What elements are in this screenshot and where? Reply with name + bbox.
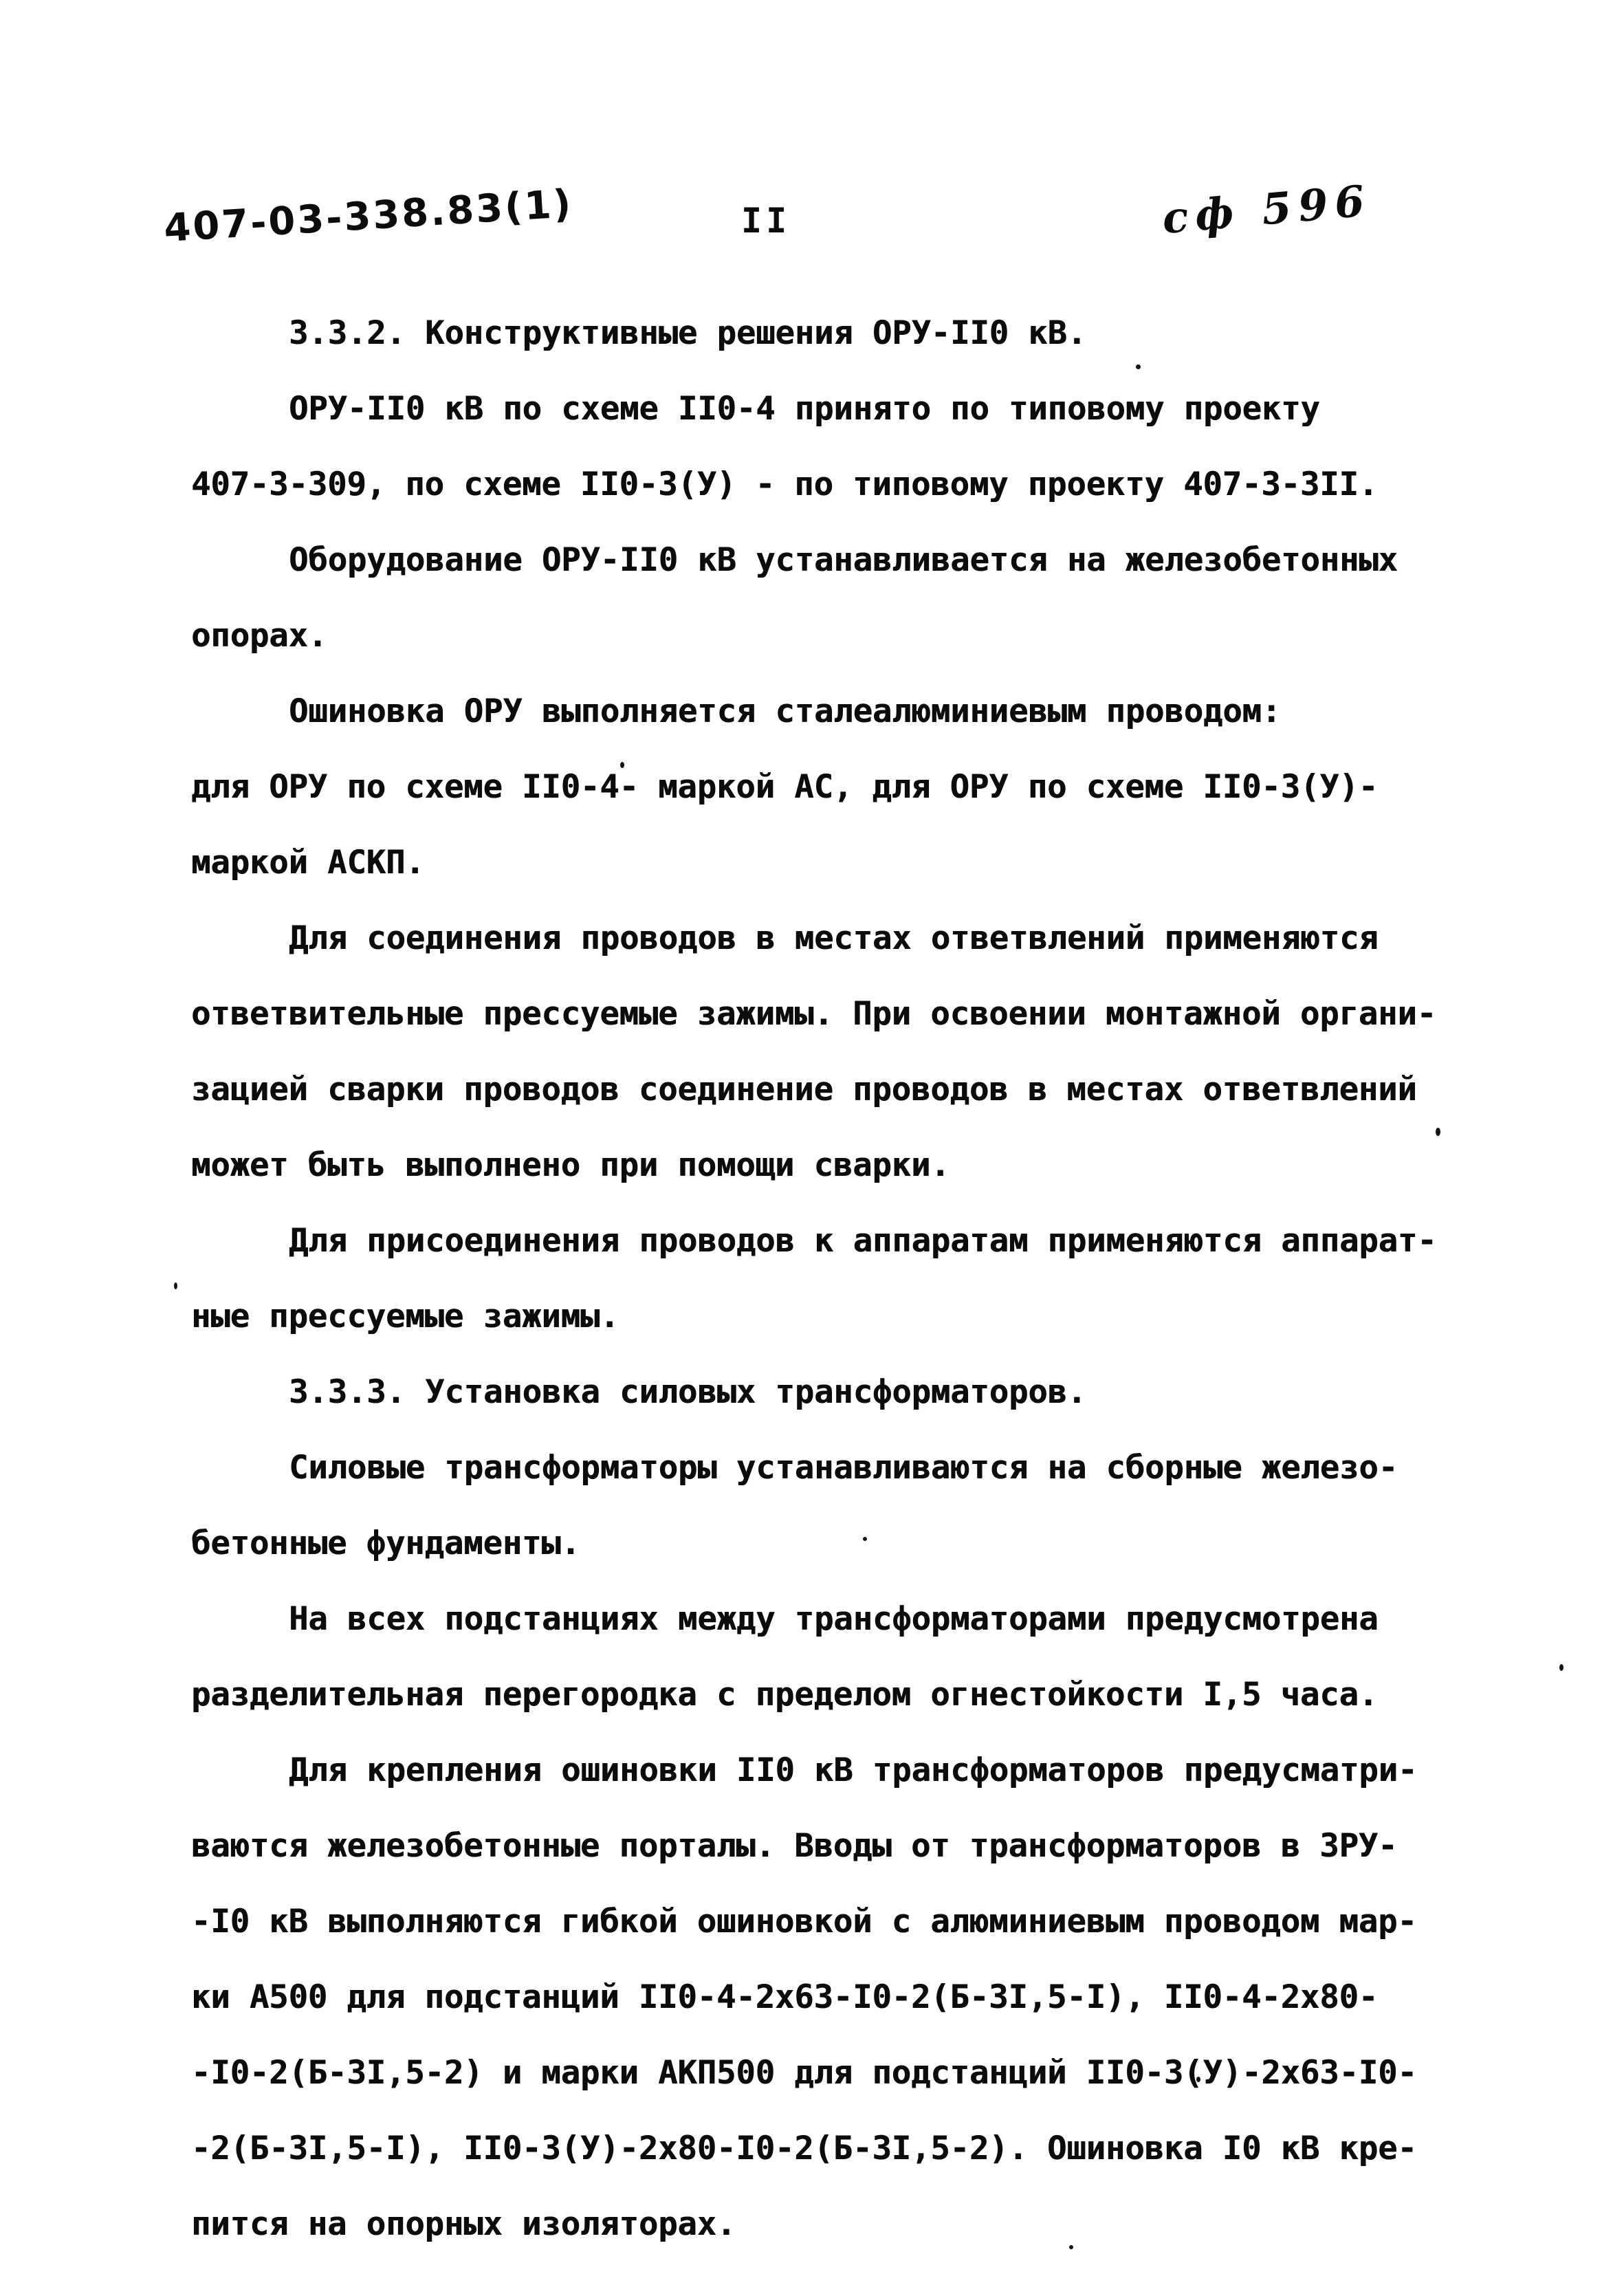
- section-heading: 3.3.2. Конструктивные решения ОРУ-II0 кВ…: [191, 296, 1470, 371]
- text-line: Для присоединения проводов к аппаратам п…: [191, 1203, 1470, 1279]
- text-line: разделительная перегородка с пределом ог…: [191, 1657, 1470, 1733]
- scanned-document-page: 407-03-338.83(1) II сф 596 3.3.2. Констр…: [0, 0, 1624, 2274]
- text-line: -I0-2(Б-3I,5-2) и марки АКП500 для подст…: [191, 2035, 1470, 2111]
- handwritten-stamp: сф 596: [1160, 175, 1373, 243]
- text-line: пится на опорных изоляторах.: [191, 2187, 1470, 2262]
- text-line: ответвительные прессуемые зажимы. При ос…: [191, 976, 1470, 1052]
- page-number: II: [741, 201, 791, 241]
- scan-artifact: [1196, 2077, 1200, 2082]
- scan-artifact: [1069, 2245, 1073, 2249]
- scan-artifact: [1436, 1128, 1440, 1136]
- scan-artifact: [174, 1282, 177, 1289]
- text-line: 407-3-309, по схеме II0-3(У) - по типово…: [191, 447, 1470, 523]
- scan-artifact: [620, 762, 624, 768]
- text-line: -2(Б-3I,5-I), II0-3(У)-2x80-I0-2(Б-3I,5-…: [191, 2111, 1470, 2187]
- text-line: для ОРУ по схеме II0-4- маркой АС, для О…: [191, 750, 1470, 825]
- document-body: 3.3.2. Конструктивные решения ОРУ-II0 кВ…: [191, 296, 1470, 2262]
- scan-artifact: [1559, 1664, 1563, 1671]
- text-line: ОРУ-II0 кВ по схеме II0-4 принято по тип…: [191, 371, 1470, 447]
- text-line: Ошиновка ОРУ выполняется сталеалюминиевы…: [191, 674, 1470, 750]
- text-line: может быть выполнено при помощи сварки.: [191, 1128, 1470, 1203]
- text-line: На всех подстанциях между трансформатора…: [191, 1582, 1470, 1657]
- text-line: ваются железобетонные порталы. Вводы от …: [191, 1808, 1470, 1884]
- handwritten-doc-number: 407-03-338.83(1): [163, 182, 574, 251]
- text-line: зацией сварки проводов соединение провод…: [191, 1052, 1470, 1128]
- section-heading: 3.3.3. Установка силовых трансформаторов…: [191, 1355, 1470, 1430]
- scan-artifact: [1136, 364, 1141, 369]
- scan-artifact: [863, 1537, 867, 1541]
- text-line: Оборудование ОРУ-II0 кВ устанавливается …: [191, 523, 1470, 598]
- text-line: -I0 кВ выполняются гибкой ошиновкой с ал…: [191, 1884, 1470, 1960]
- text-line: Для соединения проводов в местах ответвл…: [191, 901, 1470, 976]
- text-line: Силовые трансформаторы устанавливаются н…: [191, 1430, 1470, 1506]
- text-line: бетонные фундаменты.: [191, 1506, 1470, 1582]
- text-line: Для крепления ошиновки II0 кВ трансформа…: [191, 1733, 1470, 1808]
- text-line: опорах.: [191, 598, 1470, 674]
- text-line: ные прессуемые зажимы.: [191, 1279, 1470, 1355]
- text-line: маркой АСКП.: [191, 825, 1470, 901]
- text-line: ки А500 для подстанций II0-4-2x63-I0-2(Б…: [191, 1960, 1470, 2035]
